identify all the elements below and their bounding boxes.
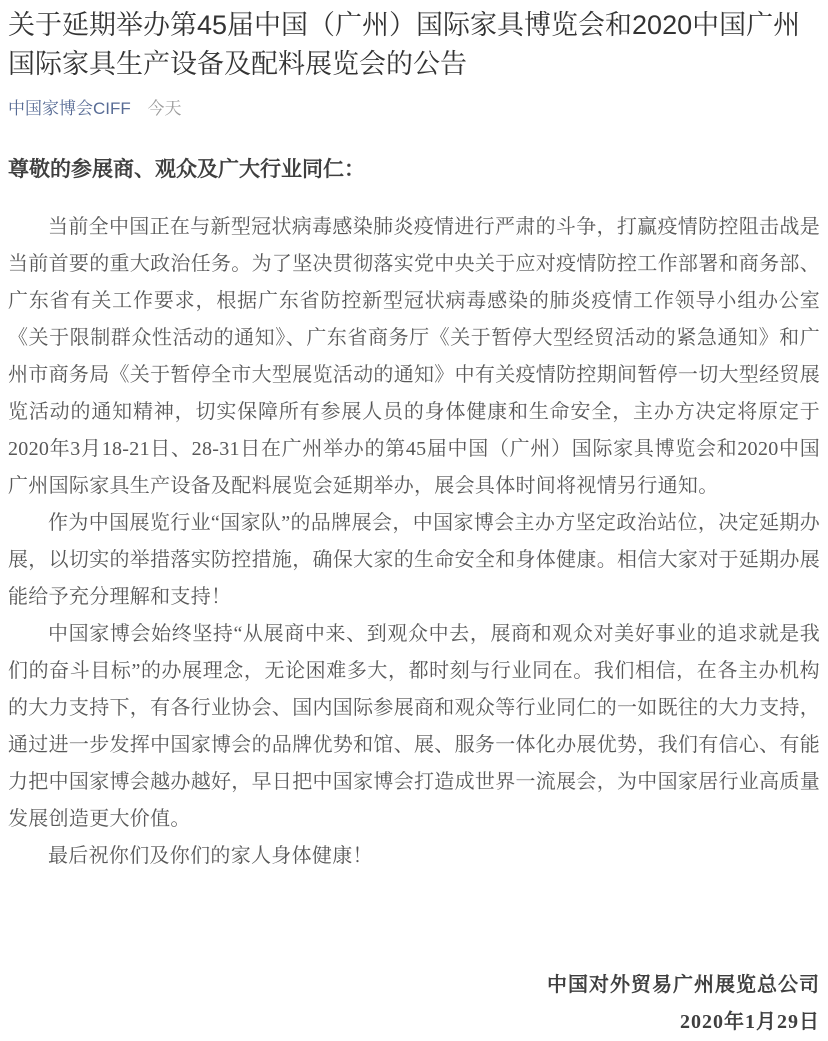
salutation: 尊敬的参展商、观众及广大行业同仁： <box>8 155 820 185</box>
body-paragraph: 中国家博会始终坚持“从展商中来、到观众中去，展商和观众对美好事业的追求就是我们的… <box>8 616 820 838</box>
signature-date: 2020年1月29日 <box>8 1004 820 1041</box>
body-paragraph: 作为中国展览行业“国家队”的品牌展会，中国家博会主办方坚定政治站位，决定延期办展… <box>8 505 820 616</box>
body-paragraph: 当前全中国正在与新型冠状病毒感染肺炎疫情进行严肃的斗争，打赢疫情防控阻击战是当前… <box>8 209 820 505</box>
signature-block: 中国对外贸易广州展览总公司 2020年1月29日 <box>8 967 820 1041</box>
byline: 中国家博会CIFF 今天 <box>8 97 820 121</box>
article-title: 关于延期举办第45届中国（广州）国际家具博览会和2020中国广州国际家具生产设备… <box>8 6 820 84</box>
article-page: 关于延期举办第45届中国（广州）国际家具博览会和2020中国广州国际家具生产设备… <box>0 0 828 1041</box>
account-link[interactable]: 中国家博会CIFF <box>8 99 131 118</box>
signature-company: 中国对外贸易广州展览总公司 <box>8 967 820 1004</box>
body-paragraph: 最后祝你们及你们的家人身体健康！ <box>8 838 820 875</box>
article-content: 尊敬的参展商、观众及广大行业同仁： 当前全中国正在与新型冠状病毒感染肺炎疫情进行… <box>8 155 820 1041</box>
publish-date: 今天 <box>148 99 182 118</box>
